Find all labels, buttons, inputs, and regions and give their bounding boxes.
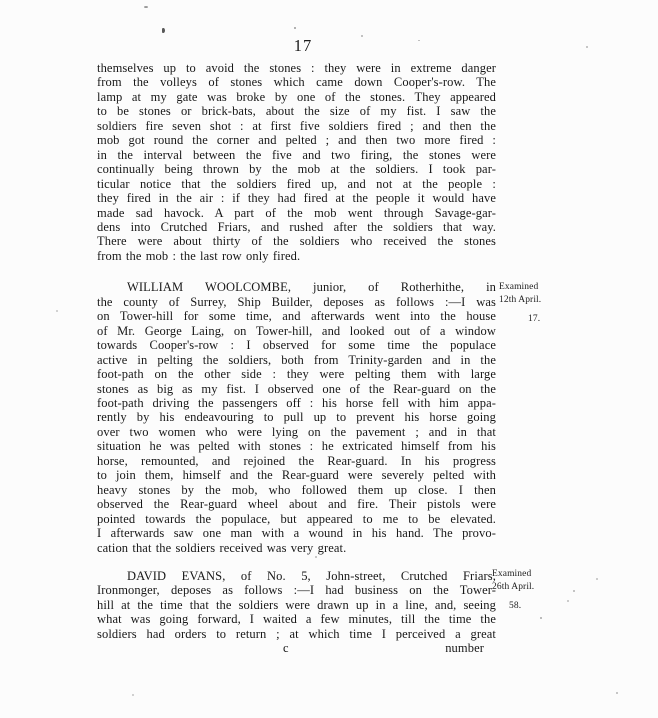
scan-speck [132,694,134,696]
text-line: soldiers fire seven shot : at first five… [97,119,496,133]
margin-note-examined-label: Examined [492,568,564,581]
margin-note-evans: Examined 26th April. 58. [492,568,564,613]
scan-speck [162,28,165,33]
scan-speck [361,35,363,37]
text-line: from the mob : the last row only fired. [97,249,496,263]
text-line: to be stones or brick-bats, about the si… [97,104,496,118]
text-line: continually being thrown by the mob at t… [97,162,496,176]
scan-speck [540,617,542,619]
text-line: stones as big as my fist. I observed one… [97,382,496,396]
text-line: in the interval between the five and two… [97,148,496,162]
main-text-block: themselves up to avoid the stones : they… [97,61,496,656]
text-line: what was going forward, I waited a few m… [97,612,496,626]
text-line: they fired in the air : if they had fire… [97,191,496,205]
paragraph-testimony-continuation: themselves up to avoid the stones : they… [97,61,496,263]
scan-speck [294,27,296,29]
text-line: cation that the soldiers received was ve… [97,541,496,555]
text-line: active in pelting the soldiers, both fro… [97,353,496,367]
scanned-document-page: 17 themselves up to avoid the stones : t… [0,0,658,718]
text-line: There were about thirty of the soldiers … [97,234,496,248]
text-line: foot-path on the other side : they were … [97,367,496,381]
text-line: pointed towards the populace, but appear… [97,512,496,526]
text-line: ticular notice that the soldiers fired u… [97,177,496,191]
scan-speck [596,578,598,580]
text-line: foot-path driving the passengers off : h… [97,396,496,410]
text-line: rently by his endeavouring to pull up to… [97,410,496,424]
margin-note-ref-number: 58. [509,600,564,613]
text-line: horse, remounted, and rejoined the Rear-… [97,454,496,468]
text-line: heavy stones by the mob, who followed th… [97,483,496,497]
scan-speck [567,600,569,602]
scan-speck [56,310,58,312]
text-line: mob got round the corner and pelted ; an… [97,133,496,147]
text-line: I afterwards saw one man with a wound in… [97,526,496,540]
text-line: made sad havock. A part of the mob went … [97,206,496,220]
text-line: towards Cooper's-row : I observed for so… [97,338,496,352]
catchword: number [445,641,484,655]
text-line: WILLIAM WOOLCOMBE, junior, of Rotherhith… [97,280,496,294]
text-line: dens into Crutched Friars, and rushed af… [97,220,496,234]
scan-speck [586,46,588,48]
text-line: on Tower-hill for some time, and afterwa… [97,309,496,323]
text-line: lamp at my gate was broke by one of the … [97,90,496,104]
margin-note-examined-label: Examined [499,281,571,294]
margin-note-date: 12th April. [499,294,571,307]
paragraph-evans-deposition: DAVID EVANS, of No. 5, John-street, Crut… [97,569,496,641]
text-line: Ironmonger, deposes as follows :—I had b… [97,583,496,597]
text-line: from the volleys of stones which came do… [97,75,496,89]
signature-catchword-line: c number [97,641,496,655]
margin-note-ref-number: 17. [528,313,571,326]
scan-speck [616,692,618,694]
page-number: 17 [288,36,318,56]
text-line: to join them, himself and the Rear-guard… [97,468,496,482]
scan-speck [144,6,148,8]
scan-speck [573,590,575,592]
margin-note-date: 26th April. [492,581,564,594]
text-line: soldiers had orders to return ; at which… [97,627,496,641]
margin-note-woolcombe: Examined 12th April. 17. [499,281,571,326]
text-line: of Mr. George Laing, on Tower-hill, and … [97,324,496,338]
text-line: hill at the time that the soldiers were … [97,598,496,612]
text-line: observed the Rear-guard wheel about and … [97,497,496,511]
text-line: over two women who were lying on the pav… [97,425,496,439]
scan-speck [315,556,317,558]
scan-speck [418,40,420,41]
press-signature-mark: c [283,641,289,655]
text-line: themselves up to avoid the stones : they… [97,61,496,75]
text-line: situation he was pelted with stones : he… [97,439,496,453]
text-line: the county of Surrey, Ship Builder, depo… [97,295,496,309]
paragraph-woolcombe-deposition: WILLIAM WOOLCOMBE, junior, of Rotherhith… [97,280,496,555]
text-line: DAVID EVANS, of No. 5, John-street, Crut… [97,569,496,583]
